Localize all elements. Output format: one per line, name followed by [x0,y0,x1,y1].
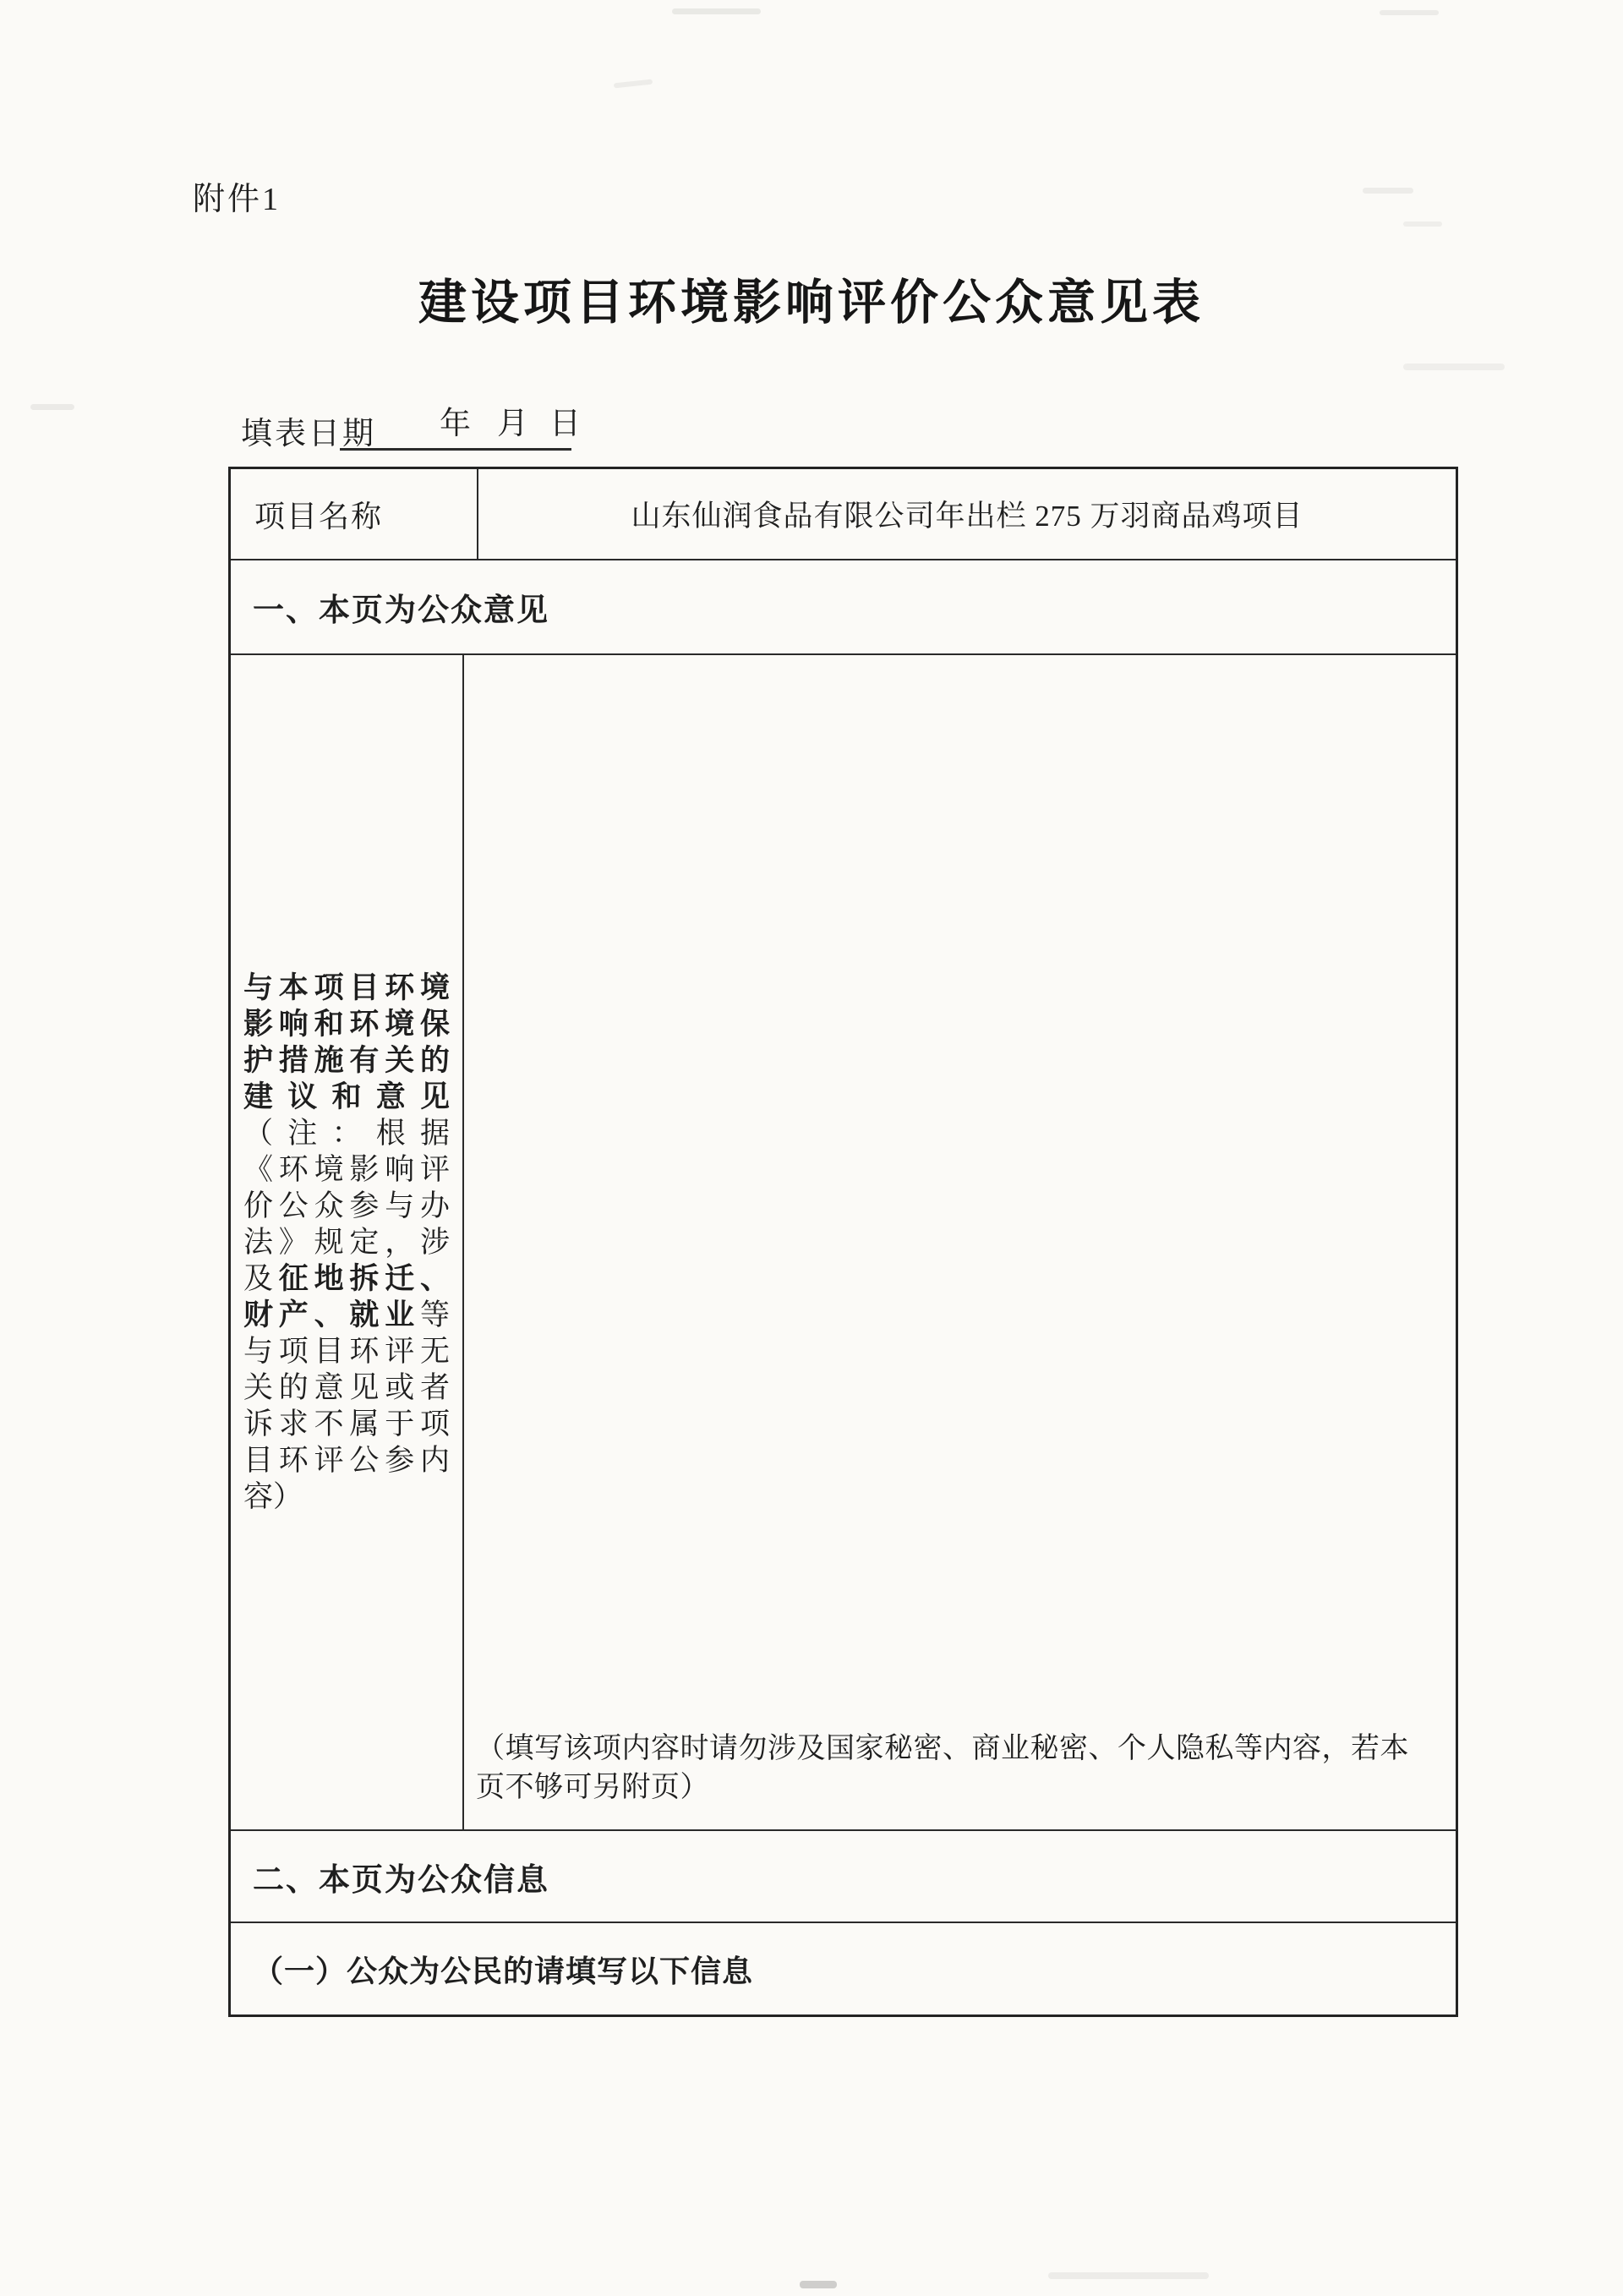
project-name-label-cell: 项目名称 [231,469,478,559]
scan-artifact [1363,188,1413,194]
fill-date-blank: 年 月 日 [340,401,571,451]
public-opinion-row: 与本项目环境影响和环境保护措施有关的建议和意见（注：根据《环境影响评价公众参与办… [231,655,1456,1831]
section-1-header-text: 一、本页为公众意见 [253,584,549,630]
opinion-input-area: （填写该项内容时请勿涉及国家秘密、商业秘密、个人隐私等内容，若本页不够可另附页） [464,655,1456,1829]
month-label: 月 [497,397,528,443]
opinion-label-cell: 与本项目环境影响和环境保护措施有关的建议和意见（注：根据《环境影响评价公众参与办… [231,655,464,1829]
opinion-label-bold-1: 与本项目环境影响和环境保护措施有关的建议和意见 [243,971,450,1113]
project-name-row: 项目名称 山东仙润食品有限公司年出栏 275 万羽商品鸡项目 [231,469,1456,560]
citizen-info-header: （一）公众为公民的请填写以下信息 [231,1923,1456,2014]
project-name-label: 项目名称 [254,493,383,536]
section-1-header: 一、本页为公众意见 [231,560,1456,655]
opinion-label: 与本项目环境影响和环境保护措施有关的建议和意见（注：根据《环境影响评价公众参与办… [243,970,450,1515]
project-name-value: 山东仙润食品有限公司年出栏 275 万羽商品鸡项目 [631,493,1303,535]
section-2-header: 二、本页为公众信息 [231,1831,1456,1923]
scan-artifact [1403,221,1442,227]
year-label: 年 [440,397,471,443]
scan-artifact [614,79,653,89]
form-table: 项目名称 山东仙润食品有限公司年出栏 275 万羽商品鸡项目 一、本页为公众意见… [228,467,1458,2017]
project-name-value-cell: 山东仙润食品有限公司年出栏 275 万羽商品鸡项目 [478,469,1456,559]
form-title: 建设项目环境影响评价公众意见表 [0,264,1623,333]
scan-artifact [30,404,74,410]
attachment-label: 附件1 [193,172,281,219]
day-label: 日 [549,397,581,443]
scan-artifact [800,2281,837,2288]
opinion-note: （填写该项内容时请勿涉及国家秘密、商业秘密、个人隐私等内容，若本页不够可另附页） [476,1730,1431,1807]
scanned-form-page: 附件1 建设项目环境影响评价公众意见表 填表日期 年 月 日 项目名称 山东仙润… [0,0,1623,2296]
scan-artifact [672,8,761,14]
scan-artifact [1380,10,1439,15]
citizen-info-header-text: （一）公众为公民的请填写以下信息 [253,1948,753,1991]
scan-artifact [1403,364,1505,370]
section-2-header-text: 二、本页为公众信息 [253,1854,549,1900]
scan-artifact [1048,2272,1209,2279]
